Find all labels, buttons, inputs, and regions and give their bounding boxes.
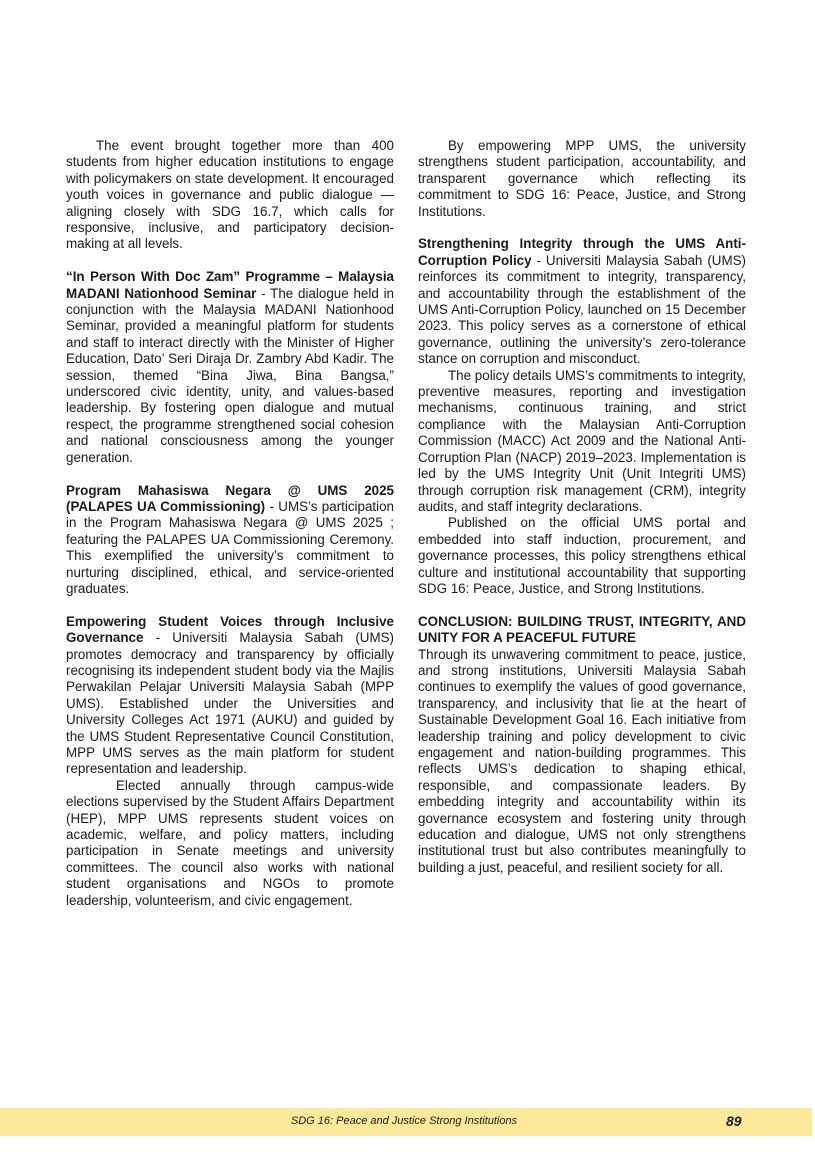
section-body: - Universiti Malaysia Sabah (UMS) reinfo… [418,253,746,366]
section-doc-zam: “In Person With Doc Zam” Programme – Mal… [66,269,394,466]
page-footer: SDG 16: Peace and Justice Strong Institu… [0,1108,812,1136]
student-voices-paragraph-2: Elected annually through campus-wide ele… [66,778,394,909]
conclusion-body: Through its unwavering commitment to pea… [418,647,746,877]
footer-title: SDG 16: Peace and Justice Strong Institu… [291,1115,517,1127]
intro-paragraph: The event brought together more than 400… [66,138,394,253]
page-number: 89 [726,1113,742,1129]
right-column: By empowering MPP UMS, the university st… [418,138,746,876]
left-column: The event brought together more than 400… [66,138,394,909]
section-body: - Universiti Malaysia Sabah (UMS) promot… [66,630,394,776]
anti-corruption-paragraph-3: Published on the official UMS portal and… [418,515,746,597]
mpp-paragraph: By empowering MPP UMS, the university st… [418,138,746,220]
section-body: - The dialogue held in conjunction with … [66,286,394,465]
section-palapes: Program Mahasiswa Negara @ UMS 2025 (PAL… [66,483,394,598]
anti-corruption-paragraph-2: The policy details UMS’s commitments to … [418,368,746,516]
conclusion-heading: CONCLUSION: BUILDING TRUST, INTEGRITY, A… [418,614,746,647]
section-anti-corruption: Strengthening Integrity through the UMS … [418,236,746,367]
section-student-voices: Empowering Student Voices through Inclus… [66,614,394,778]
